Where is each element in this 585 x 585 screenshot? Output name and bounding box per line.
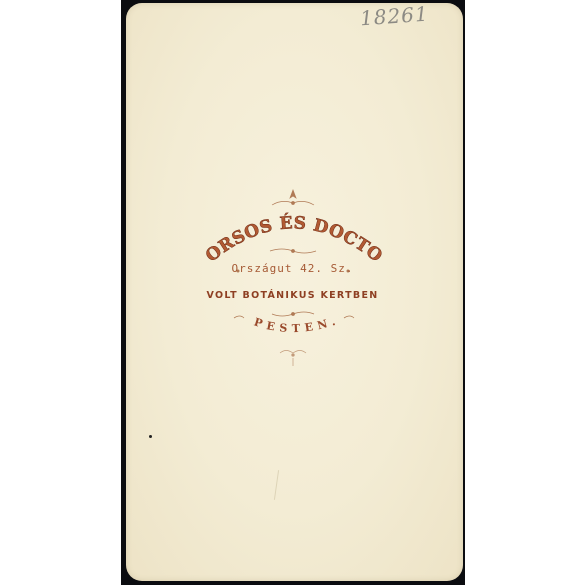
top-ornament-icon	[272, 190, 314, 205]
studio-name: BORSOS ÉS DOCTOR	[0, 0, 386, 267]
middle-flourish-icon	[270, 249, 316, 253]
city-name: PESTEN.	[252, 313, 341, 335]
studio-address: Országut 42. Sz.	[0, 262, 585, 275]
bottom-ornament-icon	[280, 351, 306, 367]
ink-speck	[149, 435, 152, 438]
studio-location-note: VOLT BOTÁNIKUS KERTBEN	[0, 290, 585, 301]
